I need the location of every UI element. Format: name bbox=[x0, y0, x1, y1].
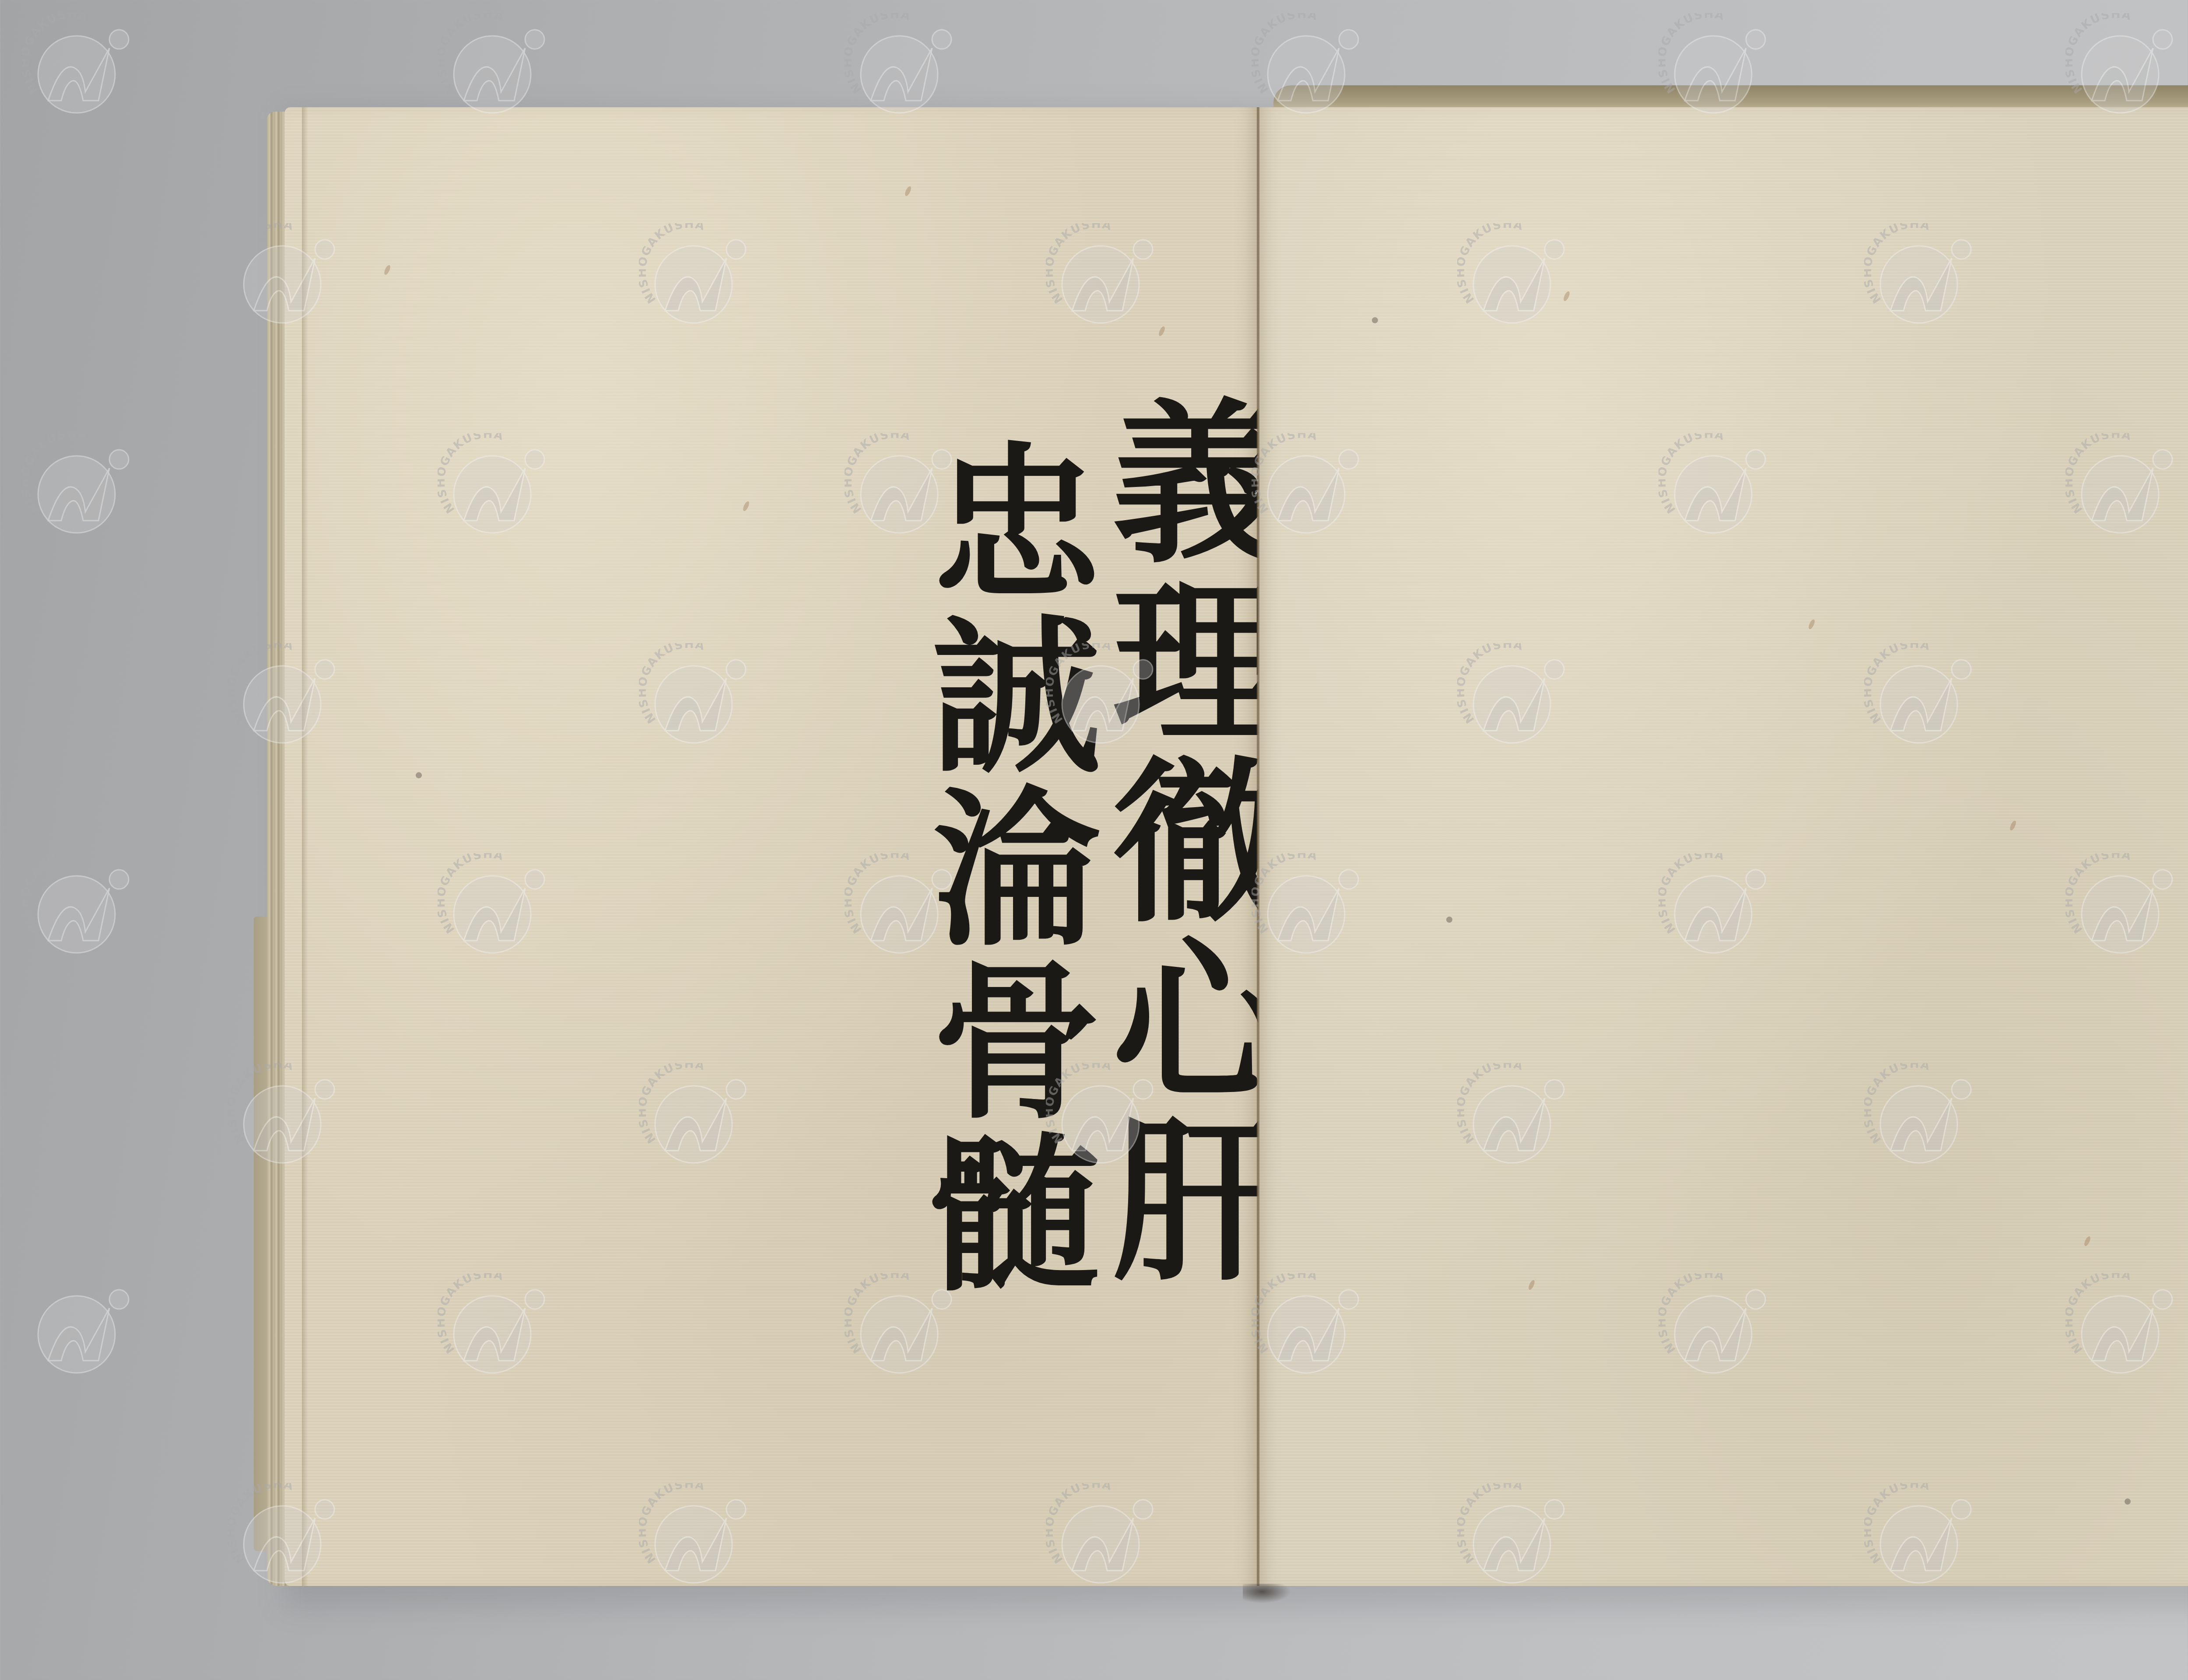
nishogakusha-logo-icon: NISHOGAKUSHA bbox=[639, 643, 748, 752]
nishogakusha-logo-icon: NISHOGAKUSHA bbox=[438, 853, 547, 962]
nishogakusha-logo-icon: NISHOGAKUSHA bbox=[1252, 853, 1361, 962]
paper-fiber bbox=[415, 771, 423, 780]
nishogakusha-logo-icon: NISHOGAKUSHA bbox=[22, 853, 131, 962]
nishogakusha-logo-icon: NISHOGAKUSHA bbox=[1457, 1483, 1567, 1592]
nishogakusha-logo-icon: NISHOGAKUSHA bbox=[1457, 643, 1567, 752]
paper-fiber bbox=[1527, 1279, 1536, 1291]
nishogakusha-logo-icon: NISHOGAKUSHA bbox=[1046, 1063, 1155, 1172]
nishogakusha-logo-icon: NISHOGAKUSHA bbox=[2065, 13, 2175, 122]
nishogakusha-logo-icon: NISHOGAKUSHA bbox=[228, 1063, 337, 1172]
paper-fiber bbox=[904, 185, 912, 197]
paper-fiber bbox=[1157, 325, 1166, 337]
paper-fiber bbox=[1445, 916, 1454, 924]
nishogakusha-logo-icon: NISHOGAKUSHA bbox=[1457, 1063, 1567, 1172]
nishogakusha-logo-icon: NISHOGAKUSHA bbox=[845, 853, 954, 962]
nishogakusha-logo-icon: NISHOGAKUSHA bbox=[22, 13, 131, 122]
nishogakusha-logo-icon: NISHOGAKUSHA bbox=[438, 1273, 547, 1382]
nishogakusha-logo-icon: NISHOGAKUSHA bbox=[1457, 223, 1567, 332]
paper-fiber bbox=[2124, 1498, 2132, 1506]
nishogakusha-logo-icon: NISHOGAKUSHA bbox=[1864, 1063, 1974, 1172]
paper-fiber bbox=[742, 500, 750, 512]
nishogakusha-logo-icon: NISHOGAKUSHA bbox=[639, 1063, 748, 1172]
nishogakusha-logo-icon: NISHOGAKUSHA bbox=[1252, 1273, 1361, 1382]
nishogakusha-logo-icon: NISHOGAKUSHA bbox=[1864, 223, 1974, 332]
nishogakusha-logo-icon: NISHOGAKUSHA bbox=[1252, 13, 1361, 122]
nishogakusha-logo-icon: NISHOGAKUSHA bbox=[22, 433, 131, 542]
paper-fiber bbox=[383, 264, 391, 276]
nishogakusha-logo-icon: NISHOGAKUSHA bbox=[228, 1483, 337, 1592]
nishogakusha-logo-icon: NISHOGAKUSHA bbox=[1864, 1483, 1974, 1592]
nishogakusha-logo-icon: NISHOGAKUSHA bbox=[1046, 643, 1155, 752]
nishogakusha-logo-icon: NISHOGAKUSHA bbox=[845, 1273, 954, 1382]
nishogakusha-logo-icon: NISHOGAKUSHA bbox=[639, 223, 748, 332]
nishogakusha-logo-icon: NISHOGAKUSHA bbox=[1046, 1483, 1155, 1592]
nishogakusha-logo-icon: NISHOGAKUSHA bbox=[1659, 13, 1768, 122]
nishogakusha-logo-icon: NISHOGAKUSHA bbox=[845, 13, 954, 122]
paper-fiber bbox=[2009, 820, 2017, 831]
nishogakusha-logo-icon: NISHOGAKUSHA bbox=[639, 1483, 748, 1592]
nishogakusha-logo-icon: NISHOGAKUSHA bbox=[22, 1273, 131, 1382]
nishogakusha-logo-icon: NISHOGAKUSHA bbox=[2065, 433, 2175, 542]
nishogakusha-logo-icon: NISHOGAKUSHA bbox=[1864, 643, 1974, 752]
photo-scene: 義理徹心肝 忠誠淪骨髄 bbox=[0, 0, 2188, 1680]
nishogakusha-logo-icon: NISHOGAKUSHA bbox=[438, 13, 547, 122]
paper-fiber bbox=[2083, 1235, 2091, 1247]
nishogakusha-logo-icon: NISHOGAKUSHA bbox=[228, 223, 337, 332]
nishogakusha-logo-icon: NISHOGAKUSHA bbox=[1659, 853, 1768, 962]
nishogakusha-logo-icon: NISHOGAKUSHA bbox=[845, 433, 954, 542]
paper-fiber bbox=[1371, 316, 1379, 325]
paper-fiber bbox=[1807, 619, 1816, 630]
binding-thread bbox=[1243, 1584, 1291, 1603]
nishogakusha-logo-icon: NISHOGAKUSHA bbox=[1046, 223, 1155, 332]
nishogakusha-logo-icon: NISHOGAKUSHA bbox=[228, 643, 337, 752]
nishogakusha-logo-icon: NISHOGAKUSHA bbox=[1252, 433, 1361, 542]
nishogakusha-logo-icon: NISHOGAKUSHA bbox=[1659, 1273, 1768, 1382]
nishogakusha-logo-icon: NISHOGAKUSHA bbox=[2065, 853, 2175, 962]
nishogakusha-logo-icon: NISHOGAKUSHA bbox=[438, 433, 547, 542]
nishogakusha-logo-icon: NISHOGAKUSHA bbox=[2065, 1273, 2175, 1382]
nishogakusha-logo-icon: NISHOGAKUSHA bbox=[1659, 433, 1768, 542]
